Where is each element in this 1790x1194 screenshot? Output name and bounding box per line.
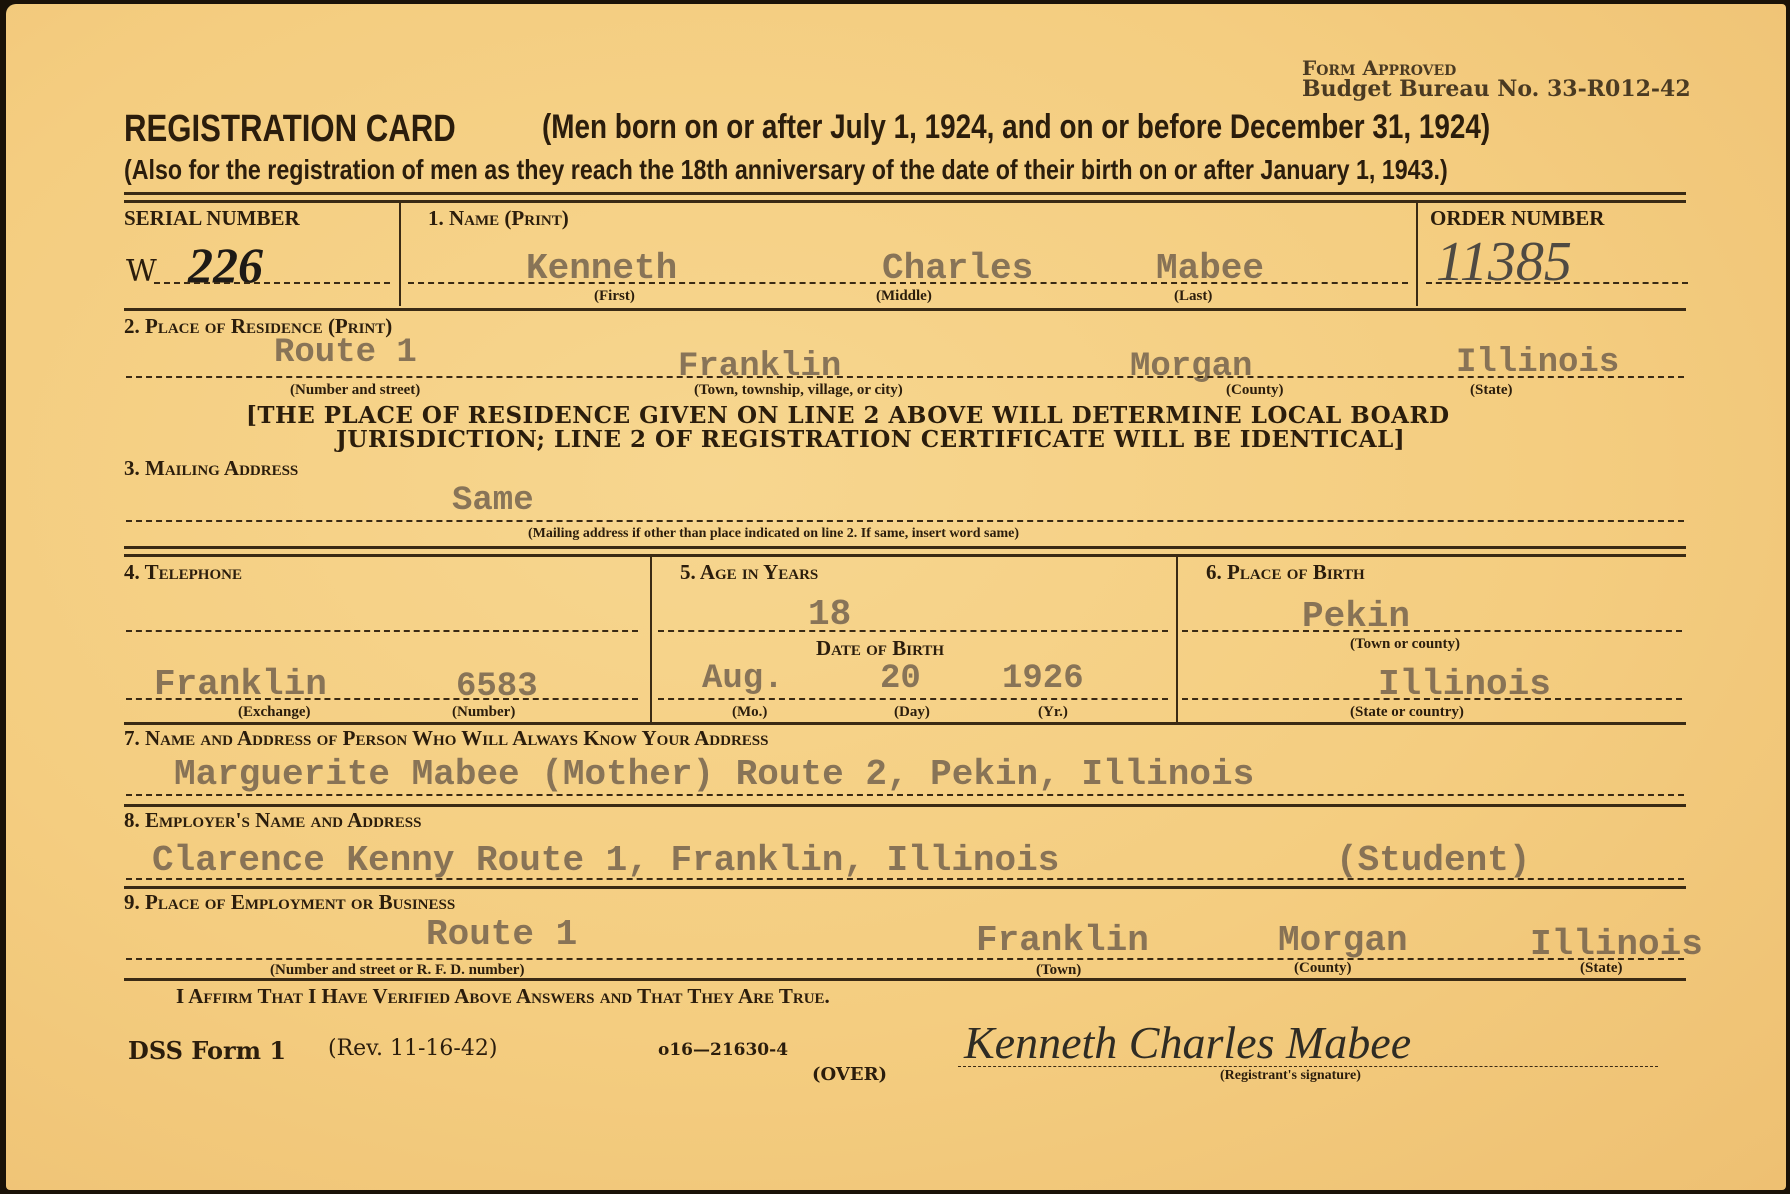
exchange-caption: (Exchange)	[238, 704, 311, 721]
serial-number-value: 226	[188, 236, 263, 294]
birth-state-caption: (State or country)	[1350, 704, 1464, 721]
order-number-label: ORDER NUMBER	[1430, 206, 1604, 231]
form-id: DSS Form 1	[128, 1036, 286, 1065]
residence-town-caption: (Town, township, village, or city)	[694, 382, 903, 399]
month-caption: (Mo.)	[732, 704, 767, 721]
employment-street-value: Route 1	[426, 914, 577, 955]
employment-town-value: Franklin	[976, 920, 1149, 961]
jurisdiction-notice-line1: [THE PLACE OF RESIDENCE GIVEN ON LINE 2 …	[246, 402, 1450, 429]
birth-month-value: Aug.	[702, 660, 784, 698]
employment-county-caption: (County)	[1294, 960, 1352, 977]
employer-label: 8. Employer's Name and Address	[124, 808, 421, 833]
number-caption: (Number)	[452, 704, 515, 721]
serial-prefix: W	[126, 254, 157, 289]
day-caption: (Day)	[894, 704, 930, 721]
mailing-address-value: Same	[452, 482, 534, 520]
name-label: 1. Name (Print)	[428, 206, 569, 231]
employer-value: Clarence Kenny Route 1, Franklin, Illino…	[152, 840, 1059, 881]
mailing-address-label: 3. Mailing Address	[124, 456, 298, 481]
card-subtitle: (Also for the registration of men as the…	[124, 154, 1448, 186]
residence-county-caption: (County)	[1226, 382, 1284, 399]
last-caption: (Last)	[1174, 288, 1212, 305]
order-number-value: 11385	[1436, 230, 1572, 294]
residence-town-value: Franklin	[678, 348, 841, 386]
telephone-number-value: 6583	[456, 668, 538, 706]
signature-caption: (Registrant's signature)	[1220, 1068, 1361, 1084]
card-title-range: (Men born on or after July 1, 1924, and …	[542, 108, 1490, 147]
affirmation-statement: I Affirm That I Have Verified Above Answ…	[176, 984, 830, 1009]
print-code: o16—21630-4	[658, 1040, 788, 1060]
employment-town-caption: (Town)	[1036, 962, 1081, 979]
birth-town-caption: (Town or county)	[1350, 636, 1460, 653]
residence-state-caption: (State)	[1470, 382, 1512, 399]
year-caption: (Yr.)	[1038, 704, 1068, 721]
registrant-signature: Kenneth Charles Mabee	[964, 1016, 1411, 1069]
registration-card: Form Approved Budget Bureau No. 33-R012-…	[6, 4, 1786, 1190]
middle-caption: (Middle)	[876, 288, 932, 305]
birth-year-value: 1926	[1002, 660, 1084, 698]
age-label: 5. Age in Years	[680, 560, 818, 585]
contact-person-value: Marguerite Mabee (Mother) Route 2, Pekin…	[174, 754, 1254, 795]
date-of-birth-label: Date of Birth	[816, 636, 944, 661]
employment-state-caption: (State)	[1580, 960, 1622, 977]
residence-county-value: Morgan	[1130, 348, 1252, 386]
form-revision: (Rev. 11-16-42)	[328, 1036, 497, 1061]
employment-street-caption: (Number and street or R. F. D. number)	[270, 962, 524, 979]
jurisdiction-notice-line2: JURISDICTION; LINE 2 OF REGISTRATION CER…	[336, 426, 1405, 453]
age-value: 18	[808, 594, 851, 635]
employment-county-value: Morgan	[1278, 920, 1408, 961]
over-note: (OVER)	[812, 1064, 887, 1085]
residence-street-value: Route 1	[274, 334, 417, 372]
budget-bureau-number: Budget Bureau No. 33-R012-42	[1302, 76, 1691, 102]
birth-day-value: 20	[880, 660, 921, 698]
mailing-address-caption: (Mailing address if other than place ind…	[528, 526, 1019, 542]
contact-person-label: 7. Name and Address of Person Who Will A…	[124, 726, 768, 751]
residence-street-caption: (Number and street)	[290, 382, 420, 399]
first-caption: (First)	[594, 288, 635, 305]
serial-number-label: SERIAL NUMBER	[124, 206, 300, 231]
telephone-label: 4. Telephone	[124, 560, 242, 585]
employer-note: (Student)	[1336, 840, 1530, 881]
card-title: REGISTRATION CARD	[124, 108, 456, 151]
place-of-birth-label: 6. Place of Birth	[1206, 560, 1365, 585]
employment-place-label: 9. Place of Employment or Business	[124, 890, 455, 915]
